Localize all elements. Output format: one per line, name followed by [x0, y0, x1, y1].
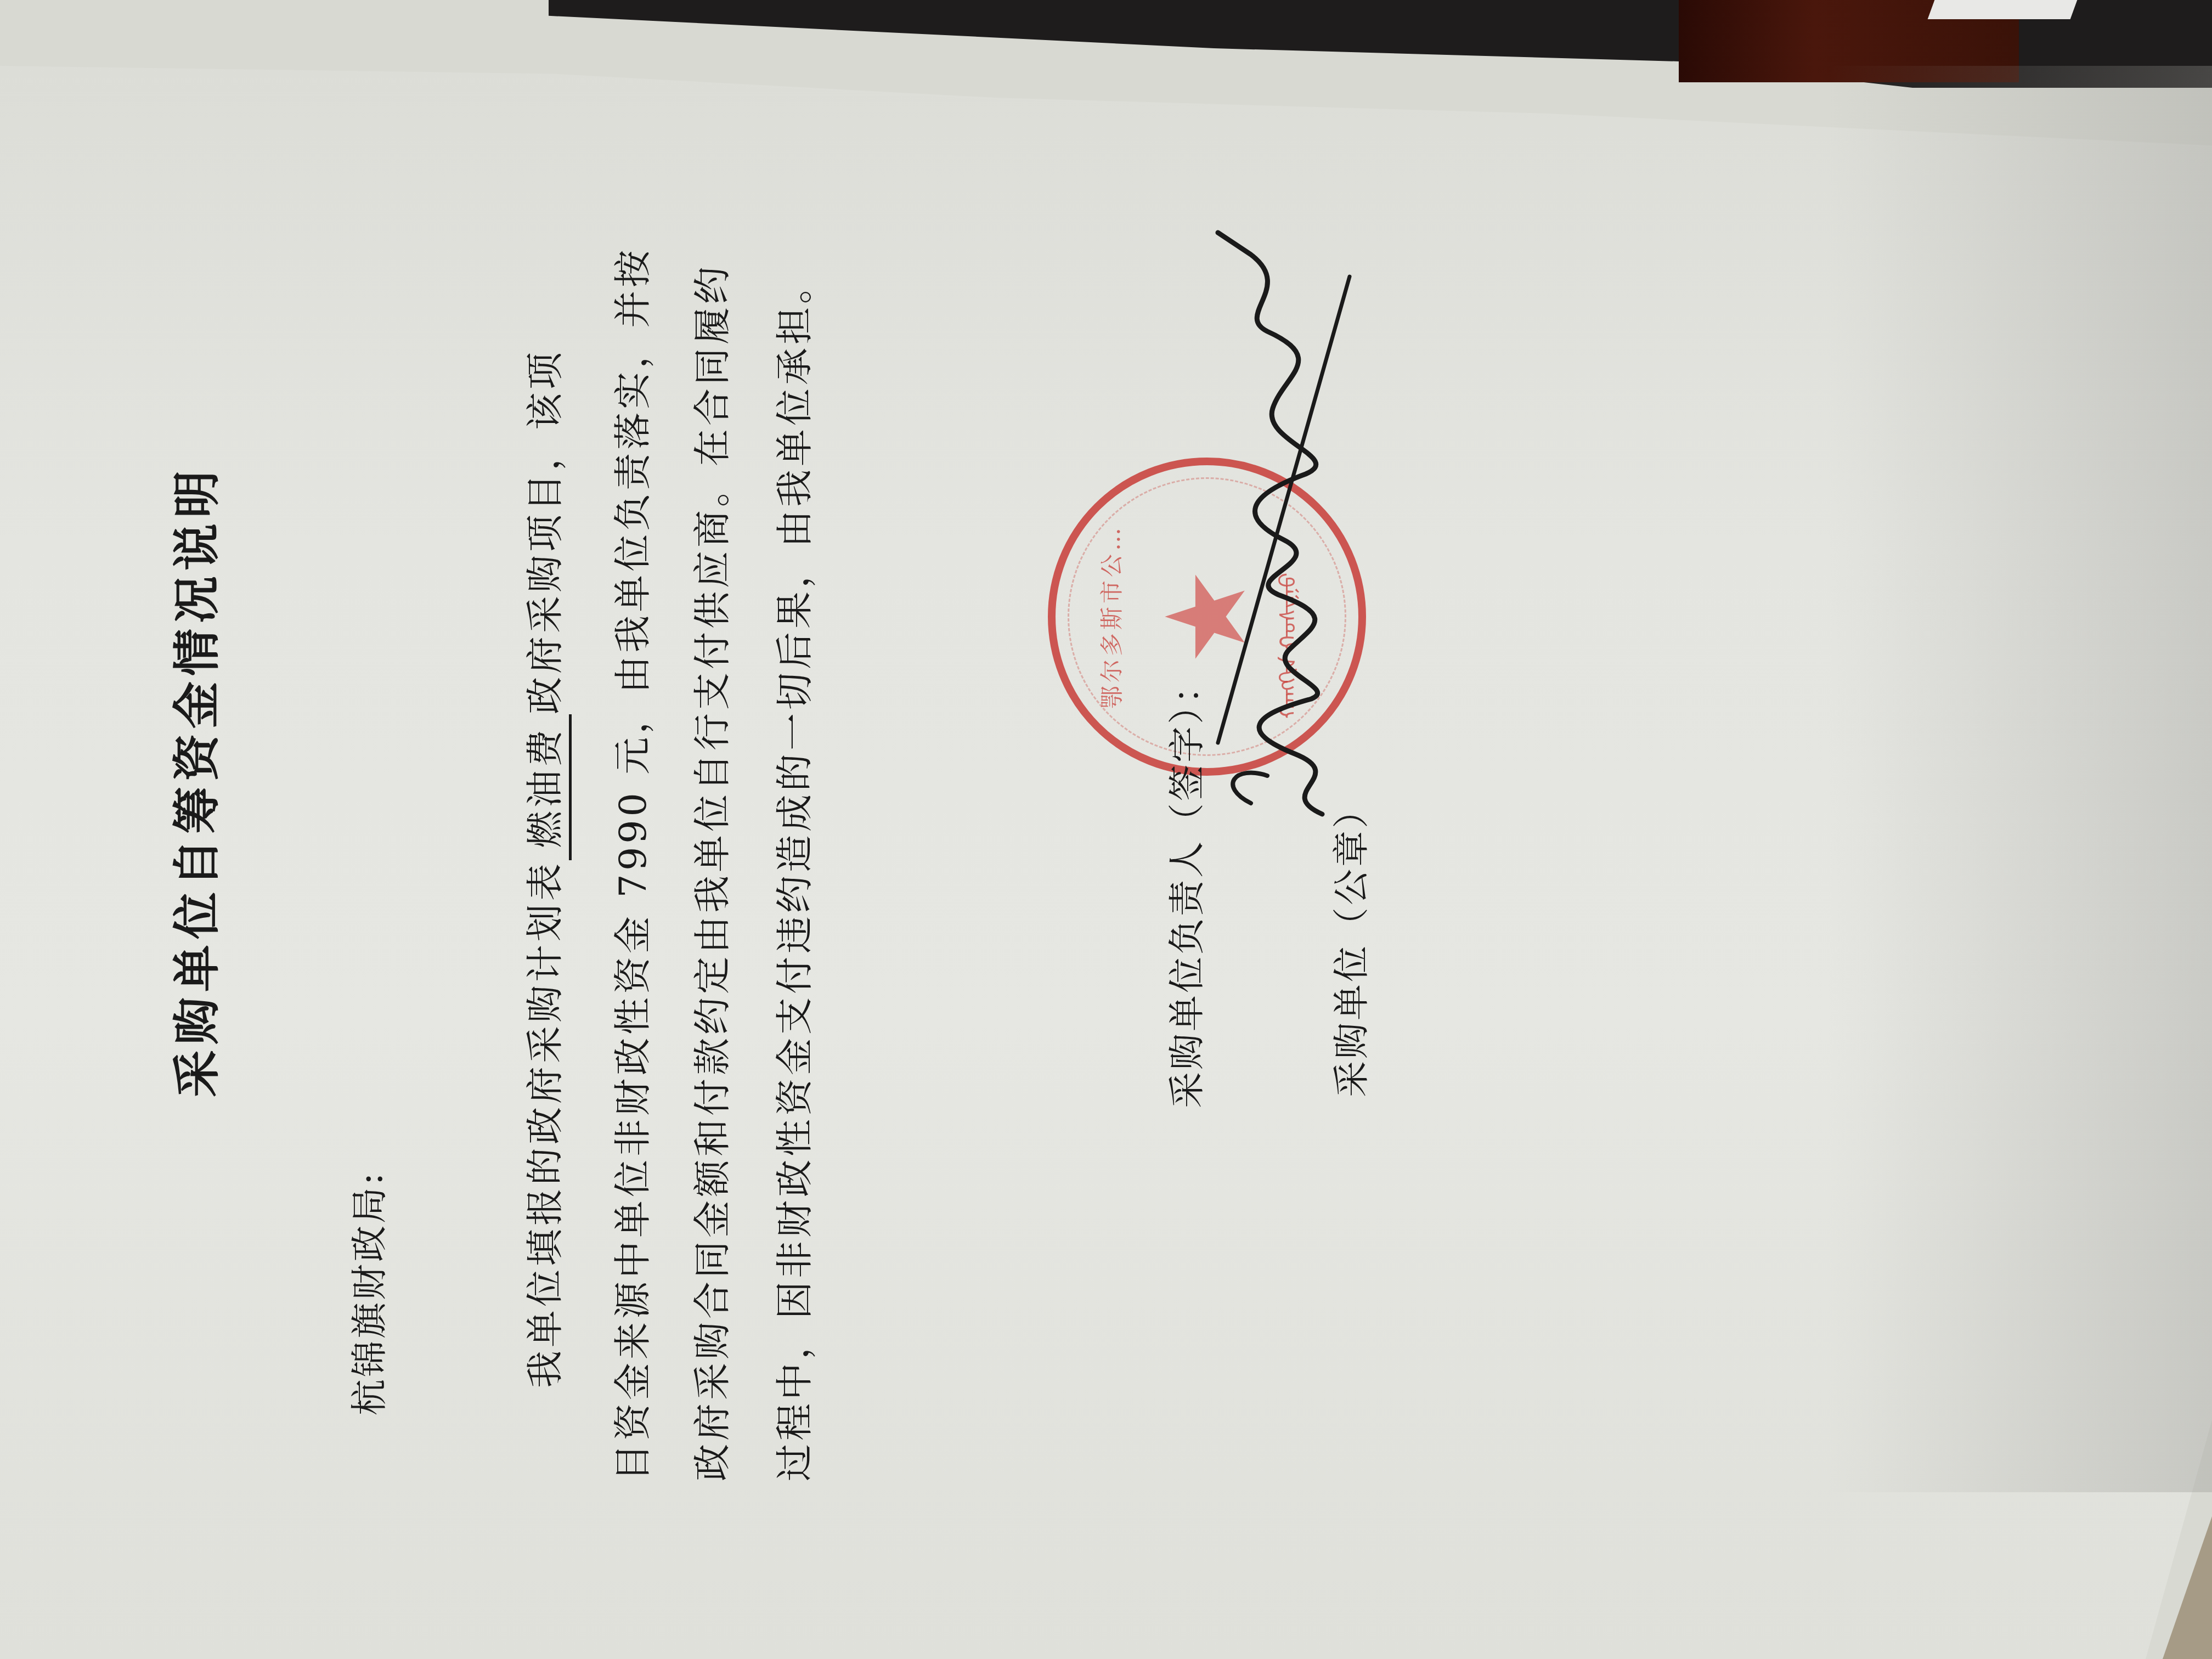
body-line-3: 政府采购合同金额和付款约定由我单位自行支付供应商。在合同履约	[683, 263, 736, 1481]
document-title: 采购单位自筹资金情况说明	[159, 465, 227, 1097]
body-line-1-suffix: 政府采购项目，该项	[524, 349, 567, 714]
handwritten-signature-icon	[1185, 222, 1366, 825]
document-page: 采购单位自筹资金情况说明 杭锦旗财政局: 我单位填报的政府采购计划表燃油费政府采…	[0, 0, 2085, 1659]
body-line-1-prefix: 我单位填报的政府采购计划表	[524, 860, 567, 1388]
body-line-4: 过程中，因非财政性资金支付违约造成的一切后果，由我单位承担。	[765, 263, 819, 1481]
seal-label: 采购单位（公章）	[1322, 790, 1374, 1097]
seal-text: 鄂尔多斯市公…	[1094, 524, 1127, 709]
salutation: 杭锦旗财政局:	[340, 1171, 392, 1415]
body-line-1: 我单位填报的政府采购计划表燃油费政府采购项目，该项	[516, 349, 572, 1388]
project-name-field: 燃油费	[516, 714, 572, 860]
body-line-2: 目资金来源中单位非财政性资金 7990 元，由我单位负责落实，并按	[603, 247, 657, 1481]
